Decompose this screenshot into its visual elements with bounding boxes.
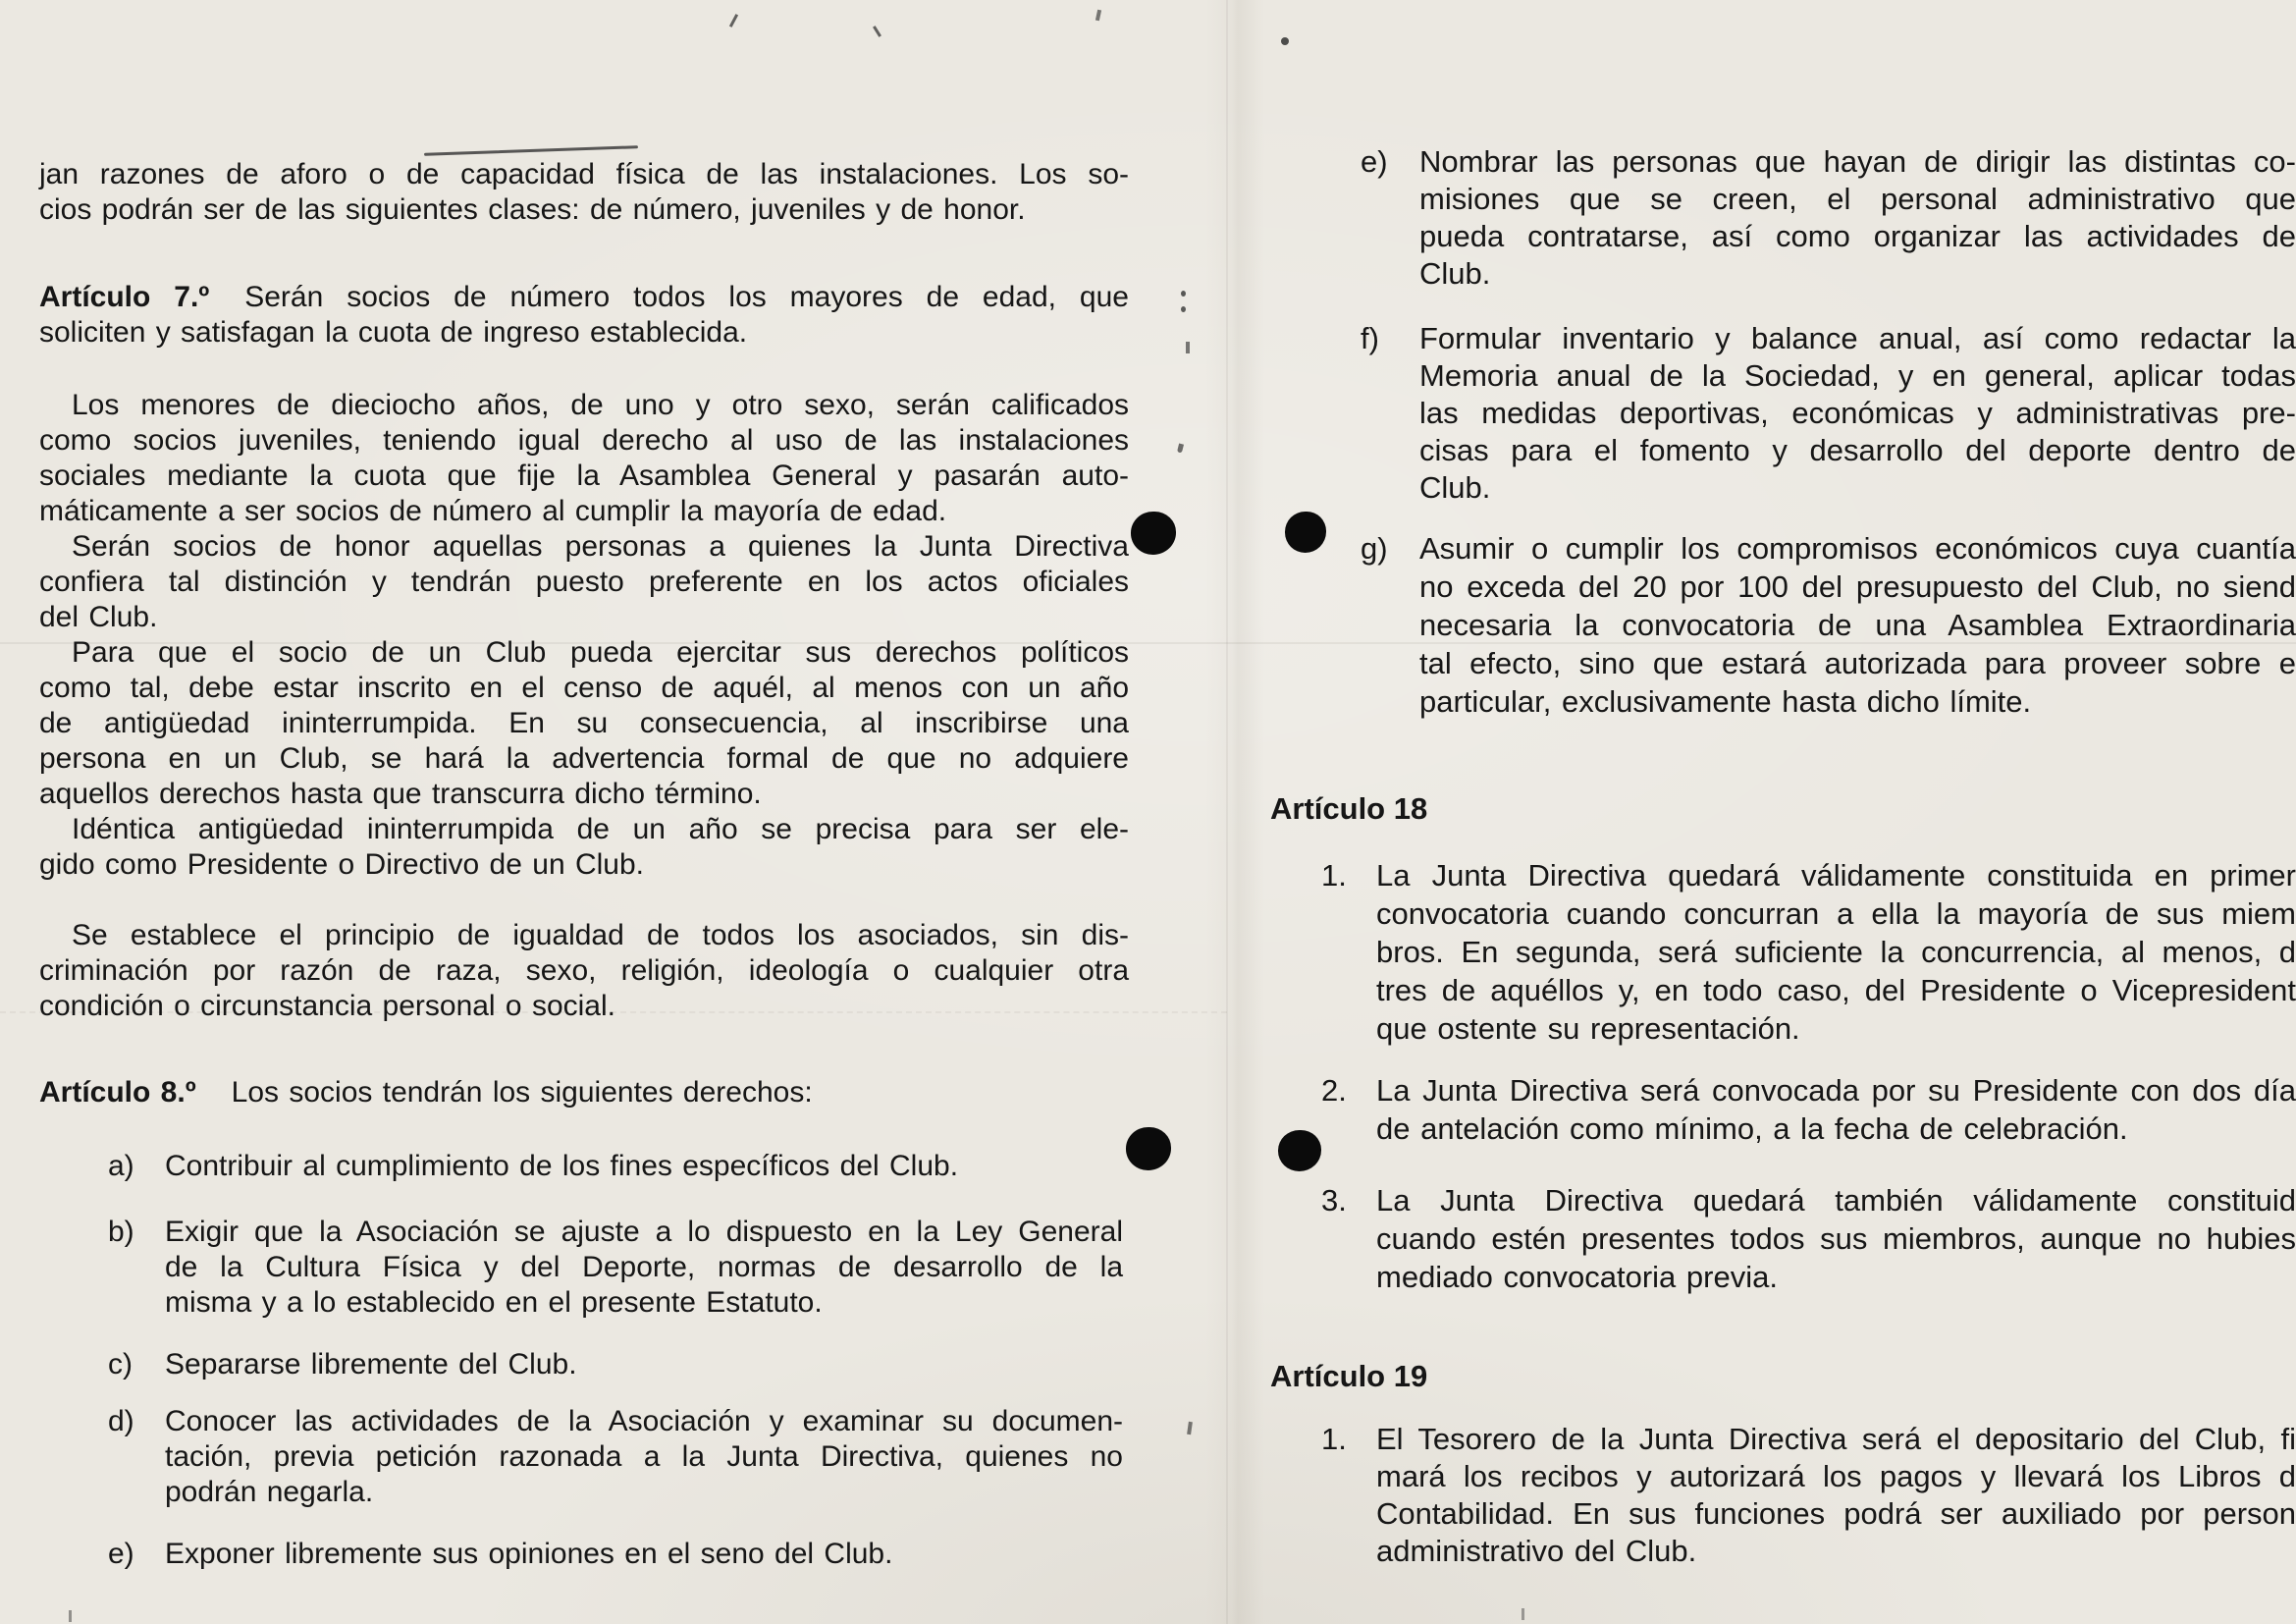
text-line: Asumir o cumplir los compromisos económi… — [1419, 529, 2296, 568]
text-line: administrativo del Club. — [1376, 1533, 2296, 1570]
text-line: tres de aquéllos y, en todo caso, del Pr… — [1376, 971, 2296, 1009]
list-item: 1. La Junta Directiva quedará válidament… — [1376, 856, 2296, 1048]
article-heading: Artículo 19 — [1270, 1358, 1427, 1395]
right-page: e) Nombrar las personas que hayan de dir… — [0, 0, 2296, 1624]
item-marker: f) — [1361, 320, 1414, 357]
article-heading: Artículo 18 — [1270, 790, 1427, 828]
item-marker: 3. — [1321, 1181, 1374, 1219]
text-line: La Junta Directiva quedará válidamente c… — [1376, 856, 2296, 894]
text-line: no exceda del 20 por 100 del presupuesto… — [1419, 568, 2296, 606]
text-line: cuando estén presentes todos sus miembro… — [1376, 1219, 2296, 1258]
text-line: particular, exclusivamente hasta dicho l… — [1419, 682, 2296, 721]
list-item: e) Nombrar las personas que hayan de dir… — [1419, 143, 2296, 293]
text-line: mará los recibos y autorizará los pagos … — [1376, 1458, 2296, 1495]
hole-punch — [1126, 1127, 1171, 1170]
hole-punch — [1285, 512, 1326, 553]
text-line: tal efecto, sino que estará autorizada p… — [1419, 644, 2296, 682]
text-line: mediado convocatoria previa. — [1376, 1258, 2296, 1296]
text-line: Nombrar las personas que hayan de dirigi… — [1419, 143, 2296, 181]
item-marker: 1. — [1321, 856, 1374, 894]
text-line: Contabilidad. En sus funciones podrá ser… — [1376, 1495, 2296, 1533]
text-line: Memoria anual de la Sociedad, y en gener… — [1419, 357, 2296, 395]
text-line: La Junta Directiva quedará también válid… — [1376, 1181, 2296, 1219]
text-line: convocatoria cuando concurran a ella la … — [1376, 894, 2296, 933]
item-marker: g) — [1361, 529, 1414, 568]
text-line: La Junta Directiva será convocada por su… — [1376, 1071, 2296, 1110]
list-item: 1. El Tesorero de la Junta Directiva ser… — [1376, 1421, 2296, 1570]
list-item: 3. La Junta Directiva quedará también vá… — [1376, 1181, 2296, 1296]
text-line: Formular inventario y balance anual, así… — [1419, 320, 2296, 357]
item-marker: 1. — [1321, 1421, 1374, 1458]
text-line: que ostente su representación. — [1376, 1009, 2296, 1048]
text-line: pueda contratarse, así como organizar la… — [1419, 218, 2296, 255]
text-line: necesaria la convocatoria de una Asamble… — [1419, 606, 2296, 644]
list-item: f) Formular inventario y balance anual, … — [1419, 320, 2296, 507]
hole-punch — [1131, 512, 1176, 555]
text-line: misiones que se creen, el personal admin… — [1419, 181, 2296, 218]
item-marker: e) — [1361, 143, 1414, 181]
text-line: bros. En segunda, será suficiente la con… — [1376, 933, 2296, 971]
text-line: de antelación como mínimo, a la fecha de… — [1376, 1110, 2296, 1148]
hole-punch — [1278, 1130, 1321, 1171]
text-line: Club. — [1419, 255, 2296, 293]
text-line: cisas para el fomento y desarrollo del d… — [1419, 432, 2296, 469]
text-line: El Tesorero de la Junta Directiva será e… — [1376, 1421, 2296, 1458]
scanned-document: { "colors": { "paper": "#ebe8e1", "ink":… — [0, 0, 2296, 1624]
item-marker: 2. — [1321, 1071, 1374, 1110]
text-line: Club. — [1419, 469, 2296, 507]
text-line: las medidas deportivas, económicas y adm… — [1419, 395, 2296, 432]
list-item: 2. La Junta Directiva será convocada por… — [1376, 1071, 2296, 1148]
list-item: g) Asumir o cumplir los compromisos econ… — [1419, 529, 2296, 721]
